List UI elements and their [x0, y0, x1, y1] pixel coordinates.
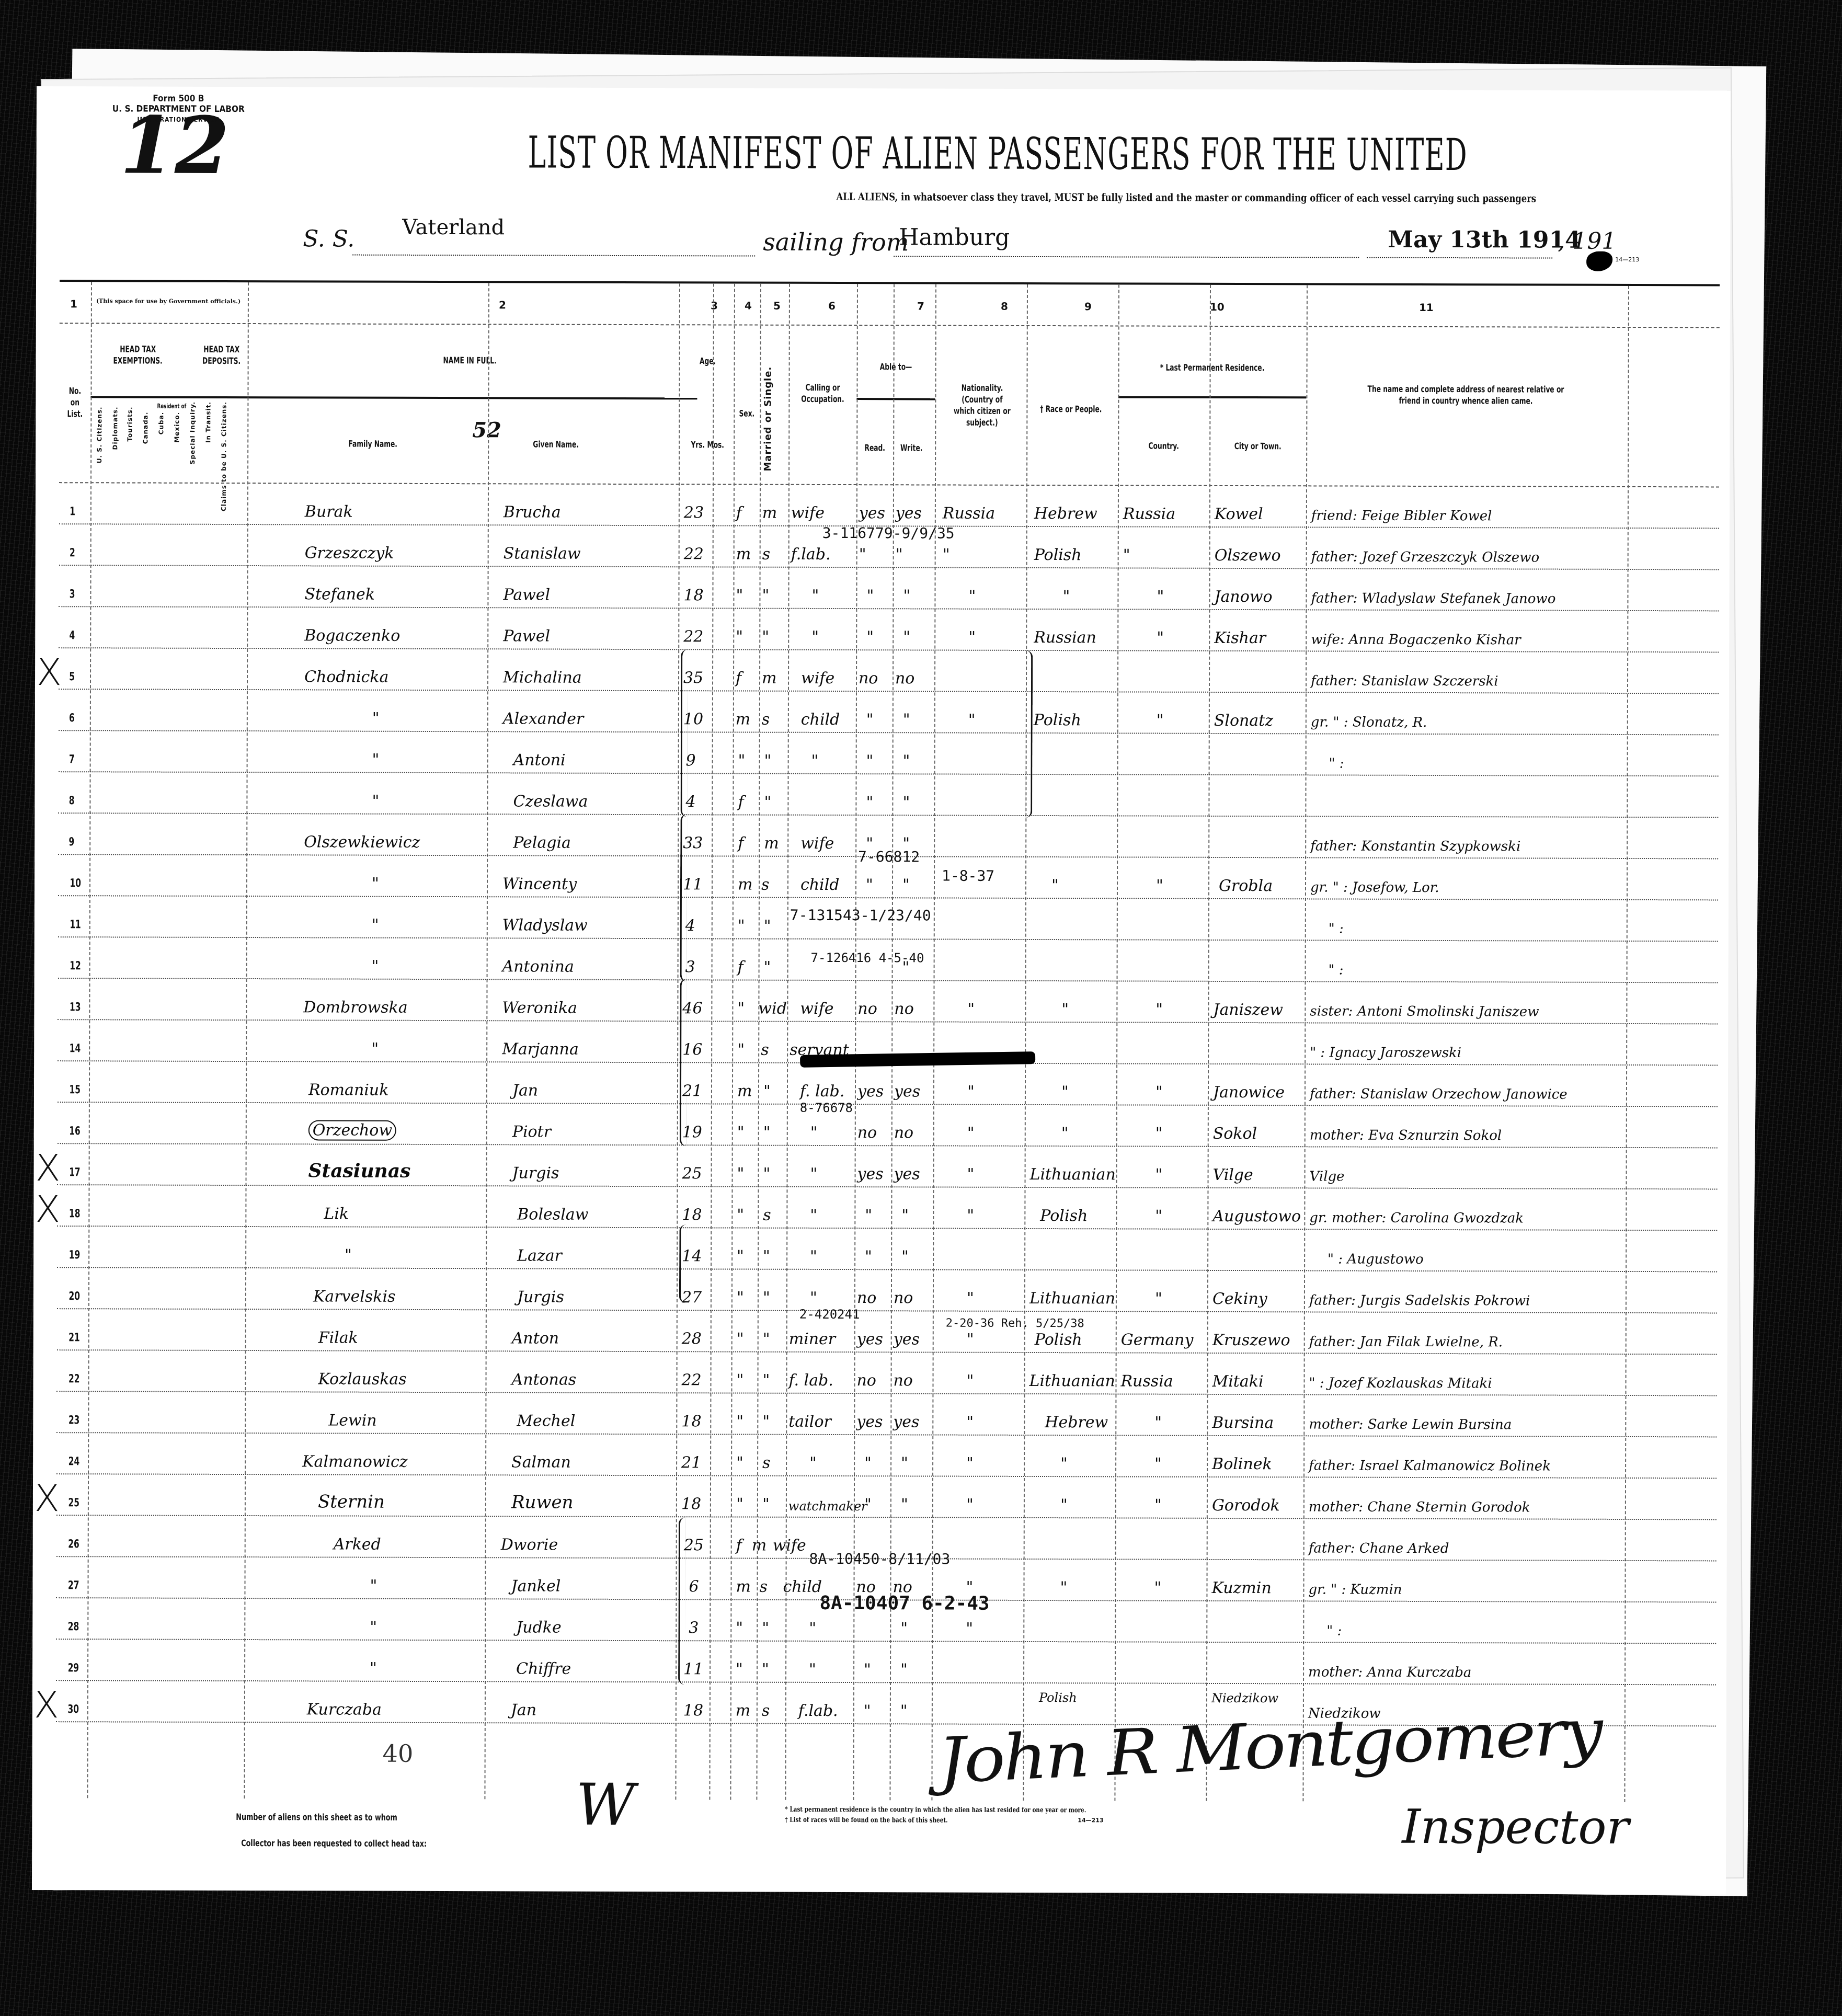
can-write: yes [893, 1413, 919, 1431]
header-name-in-full: NAME IN FULL. [385, 355, 555, 367]
column-number: 7 [917, 300, 924, 312]
header-divider [90, 396, 697, 399]
sex: " [737, 1165, 745, 1183]
can-read: yes [857, 1330, 883, 1348]
residence-country: " [1154, 1414, 1162, 1432]
family-name: " [372, 957, 379, 976]
can-read: no [856, 1371, 876, 1390]
voyage-line: S. S. Vaterland sailing from Hamburg May… [303, 215, 1683, 266]
race: Polish [1040, 1207, 1088, 1225]
nearest-relative: gr. " : Slonatz, R. [1311, 714, 1427, 730]
nearest-relative: sister: Antoni Smolinski Janiszew [1310, 1003, 1539, 1020]
header-us-citizens: U. S. Citizens. [96, 406, 103, 463]
residence-city: Kishar [1214, 629, 1266, 647]
family-name: Arked [334, 1535, 381, 1553]
nearest-relative: father: Jan Filak Lwielne, R. [1309, 1334, 1503, 1350]
sex: " [737, 1330, 744, 1348]
race: Polish [1034, 546, 1082, 564]
race: Polish [1034, 711, 1081, 729]
sex: " [736, 1495, 743, 1514]
can-read: no [859, 669, 878, 688]
residence-city: Janowo [1214, 588, 1272, 606]
given-name: Pawel [503, 586, 550, 604]
residence-country: " [1156, 877, 1163, 895]
can-read: " [864, 1660, 871, 1679]
nationality: " [966, 1578, 973, 1597]
nationality: " [967, 1083, 975, 1101]
can-read: yes [859, 504, 885, 522]
given-name: Ruwen [511, 1492, 574, 1513]
can-read: yes [857, 1082, 884, 1101]
family-name: Olszewkiewicz [304, 833, 420, 852]
given-name: Weronika [502, 999, 577, 1017]
marital-status: m [762, 669, 777, 688]
residence-country: " [1157, 588, 1164, 606]
passenger-row: 4 Bogaczenko Pawel 22 " " " " " " Russia… [59, 606, 1719, 652]
residence-country: " [1155, 1001, 1163, 1019]
can-read: yes [856, 1413, 883, 1431]
header-nearest-relative: The name and complete address of nearest… [1357, 384, 1575, 407]
column-number: 6 [828, 300, 836, 312]
occupation: " [811, 628, 819, 646]
given-name: Jurgis [512, 1164, 559, 1182]
residence-country: " [1154, 1496, 1162, 1515]
given-name: Mechel [517, 1412, 575, 1430]
can-write: yes [894, 1082, 920, 1101]
nearest-relative: mother: Eva Sznurzin Sokol [1310, 1127, 1502, 1143]
header-canada: Canada. [142, 412, 149, 444]
residence-city: Grobla [1219, 877, 1273, 895]
marital-status: " [764, 958, 771, 977]
row-number: 29 [68, 1662, 79, 1675]
row-number: 26 [68, 1538, 79, 1551]
family-name: " [371, 1040, 379, 1058]
family-name: Dombrowska [303, 998, 407, 1017]
rejection-x-mark: X [37, 651, 62, 694]
marital-status: s [763, 1206, 771, 1224]
race: " [1060, 1578, 1067, 1597]
marital-status: " [763, 1330, 770, 1348]
given-name: Judke [516, 1618, 562, 1636]
age: 22 [684, 545, 704, 563]
passenger-row: X 25 Sternin Ruwen 18 " " watchmaker " "… [56, 1473, 1717, 1520]
residence-country: " [1154, 1455, 1162, 1473]
occupation: watchmaker [788, 1499, 867, 1514]
nearest-relative: father: Stanislaw Szczerski [1311, 673, 1498, 689]
department-name: U. S. DEPARTMENT OF LABOR [112, 104, 245, 114]
annotation-note: 7-131543-1/23/40 [790, 907, 931, 924]
given-name: Wladyslaw [502, 916, 588, 934]
column-number-row: 1 (This space for use by Government offi… [60, 282, 1720, 328]
given-name: Jankel [511, 1577, 560, 1595]
marital-status: " [762, 1660, 769, 1679]
marital-status: " [762, 587, 769, 605]
family-name: " [345, 1246, 352, 1265]
marital-status: " [762, 628, 769, 646]
residence-city: Kowel [1215, 505, 1263, 523]
passenger-row: 16 Orzechow Piotr 19 " " " no no " " " S… [58, 1102, 1718, 1148]
sex: " [736, 628, 743, 646]
header-calling-occupation: Calling or Occupation. [800, 382, 845, 405]
row-number: 22 [68, 1372, 80, 1385]
given-name: Jan [512, 1081, 538, 1099]
race: " [1061, 1124, 1069, 1142]
age: 21 [681, 1453, 701, 1472]
residence-city: Olszewo [1215, 546, 1281, 565]
age: 23 [684, 503, 704, 522]
passenger-row: 8 " Czeslawa 4 f " " " [58, 771, 1718, 818]
occupation: wife [791, 504, 825, 522]
can-read: yes [857, 1165, 884, 1183]
nearest-relative: " : [1329, 962, 1344, 978]
family-name: Lewin [328, 1411, 376, 1429]
year-suffix: , 191 [1558, 228, 1616, 255]
can-write: " [901, 1454, 908, 1472]
header-country: Country. [1131, 440, 1197, 452]
age: 11 [683, 1660, 703, 1678]
footnote-residence: * Last permanent residence is the countr… [785, 1806, 1086, 1815]
sex: f [738, 793, 743, 811]
passenger-row: 23 Lewin Mechel 18 " " tailor yes yes " … [56, 1391, 1717, 1437]
passenger-row: 14 " Marjanna 16 " s servant " : Ignacy … [58, 1019, 1718, 1066]
can-write: yes [896, 504, 922, 522]
can-read: no [857, 1289, 876, 1307]
race: Lithuanian [1029, 1289, 1115, 1308]
family-group-brace [678, 1517, 685, 1685]
sex: " [736, 1619, 743, 1637]
age: 25 [684, 1536, 704, 1554]
given-name: Dworie [501, 1536, 558, 1554]
can-write: no [894, 1124, 913, 1142]
row-number: 10 [70, 877, 82, 890]
occupation: f.lab. [798, 1702, 838, 1720]
can-write: no [893, 1371, 912, 1390]
passenger-row: 11 " Wladyslaw 4 " " 7-131543-1/23/40 " … [58, 895, 1718, 942]
nearest-relative: friend: Feige Bibler Kowel [1311, 508, 1492, 524]
residence-country: " [1157, 629, 1164, 647]
occupation: " [810, 1165, 818, 1183]
marital-status: s [762, 711, 770, 729]
occupation: " [810, 1124, 818, 1142]
nearest-relative: " : Ignacy Jaroszewski [1310, 1045, 1461, 1061]
sex: m [738, 876, 753, 894]
age: 18 [683, 586, 703, 604]
residence-city: Slonatz [1214, 712, 1273, 730]
race: " [1061, 1000, 1069, 1018]
ship-dotted-line [352, 255, 755, 257]
aliens-count-label: Number of aliens on this sheet as to who… [236, 1812, 397, 1823]
nationality: " [966, 1372, 974, 1390]
row-number: 28 [68, 1620, 79, 1633]
can-read: " [864, 1495, 872, 1514]
occupation: " [811, 587, 819, 605]
family-name: Burak [305, 502, 353, 521]
header-no-on-list: No. on List. [64, 385, 86, 420]
residence-city: Janiszew [1213, 1001, 1283, 1019]
can-write: no [894, 1000, 913, 1018]
family-name: " [372, 875, 379, 893]
age: 3 [689, 1619, 699, 1637]
passenger-row: 26 Arked Dworie 25 f m wife 8A-10450-8/1… [56, 1515, 1717, 1561]
sex: f [736, 504, 742, 522]
given-name: Alexander [503, 709, 584, 728]
can-read: " [864, 1454, 872, 1472]
family-group-brace [679, 1224, 686, 1303]
row-number: 21 [68, 1331, 80, 1344]
can-read: no [857, 1000, 877, 1018]
passenger-row: X 5 Chodnicka Michalina 35 f m wife no n… [59, 647, 1719, 694]
marital-status: " [763, 1165, 771, 1183]
can-write: " [900, 1702, 908, 1720]
header-age: Age. [693, 356, 723, 367]
departure-port: Hamburg [899, 224, 1010, 251]
can-write: " [901, 1206, 909, 1224]
government-use-note: (This space for use by Government offici… [96, 297, 241, 305]
occupation: f.lab. [791, 545, 831, 564]
nearest-relative: gr. " : Kuzmin [1308, 1582, 1402, 1597]
row-number: 7 [69, 753, 75, 766]
marital-status: m [762, 504, 777, 522]
row-number: 1 [70, 505, 75, 518]
can-write: " [903, 587, 910, 605]
race: " [1060, 1496, 1068, 1514]
family-name: " [370, 1659, 377, 1678]
sex: f [736, 1537, 742, 1555]
sex: f [736, 669, 741, 688]
given-name: Michalina [503, 668, 582, 686]
row-number: 5 [69, 670, 75, 683]
column-number: 11 [1419, 301, 1434, 314]
can-write: " [900, 1660, 908, 1679]
can-read: " [866, 752, 874, 770]
sailing-from-label: sailing from [763, 228, 909, 257]
column-number: 2 [499, 299, 506, 311]
marital-status: " [763, 1247, 770, 1266]
sex: " [736, 1371, 743, 1390]
occupation: wife [801, 669, 834, 688]
nationality: " [967, 1000, 975, 1018]
page-subtitle: ALL ALIENS, in whatsoever class they tra… [836, 190, 1536, 205]
can-write: " [900, 1619, 908, 1637]
nearest-relative: " : Augustowo [1328, 1251, 1424, 1267]
race: Lithuanian [1029, 1372, 1115, 1390]
passenger-row: 19 " Lazar 14 " " " " " " : Augustowo [57, 1225, 1717, 1272]
header-head-tax-deposits: HEAD TAX DEPOSITS. [199, 344, 244, 367]
family-name: " [372, 792, 379, 810]
residence-country: " [1155, 1125, 1163, 1143]
given-name: Wincenty [502, 875, 577, 893]
family-name: Kozlauskas [318, 1370, 406, 1388]
family-group-brace [1025, 650, 1033, 818]
given-name: Antonas [511, 1370, 576, 1389]
column-number: 4 [745, 300, 752, 312]
can-read: " [865, 1247, 872, 1266]
header-race: † Race or People. [1039, 404, 1103, 415]
rejection-x-mark: X [34, 1683, 59, 1726]
age: 22 [681, 1371, 701, 1389]
occupation: " [810, 1247, 817, 1266]
nearest-relative: father: Chane Arked [1309, 1540, 1449, 1556]
column-number: 10 [1210, 301, 1225, 313]
header-given-name: Given Name. [518, 439, 593, 450]
occupation: " [809, 1660, 816, 1679]
occupation: f. lab. [800, 1082, 844, 1101]
marital-status: s [762, 1702, 770, 1720]
header-write: Write. [898, 442, 924, 454]
marital-status: s [759, 1578, 767, 1596]
header-special-inquiry: Special Inquiry. [189, 402, 196, 464]
row-number: 17 [69, 1166, 81, 1179]
sex: " [736, 1454, 743, 1472]
family-group-brace [680, 814, 688, 981]
nearest-relative: " : [1329, 755, 1344, 771]
sex: " [737, 1289, 744, 1307]
header-last-residence: * Last Permanent Residence. [1145, 362, 1280, 374]
sheet-count-mark: 40 [383, 1739, 414, 1768]
given-name: Lazar [517, 1246, 562, 1265]
family-name: Kurczaba [307, 1700, 382, 1719]
nearest-relative: " : Jozef Kozlauskas Mitaki [1309, 1375, 1492, 1391]
row-number: 3 [70, 588, 75, 601]
row-number: 2 [70, 546, 75, 559]
sex: m [736, 711, 751, 729]
race: Hebrew [1034, 505, 1097, 523]
nationality: " [968, 628, 976, 647]
passenger-row: 13 Dombrowska Weronika 46 " wid wife no … [58, 978, 1718, 1024]
can-write: " [902, 793, 910, 811]
can-write: " [903, 711, 910, 729]
can-write: yes [894, 1330, 920, 1348]
header-diplomats: Diplomats. [111, 406, 119, 450]
race: " [1061, 1083, 1069, 1101]
marital-status: " [763, 1082, 771, 1101]
ss-label: S. S. [303, 225, 354, 252]
header-divider [856, 398, 935, 400]
can-read: " [866, 793, 873, 811]
handwritten-list-number: 52 [472, 418, 501, 442]
tally-mark: W [576, 1771, 635, 1838]
family-name: " [372, 916, 379, 934]
occupation: " [810, 1289, 817, 1307]
family-name: Chodnicka [304, 668, 388, 686]
rejection-x-mark: X [35, 1188, 60, 1231]
residence-country: Germany [1121, 1331, 1194, 1349]
nationality: " [967, 1124, 975, 1142]
residence-country: " [1155, 1166, 1163, 1184]
age: 6 [689, 1577, 699, 1596]
collector-label: Collector has been requested to collect … [241, 1838, 427, 1849]
residence-city: Kruszewo [1212, 1331, 1290, 1349]
given-name: Brucha [504, 503, 561, 521]
can-write: " [901, 1247, 909, 1266]
passenger-row: 15 Romaniuk Jan 21 m " f. lab. yes yes 8… [58, 1060, 1718, 1107]
given-name: Pawel [503, 627, 550, 645]
passenger-row: 6 " Alexander 10 m s child " " " Polish … [59, 689, 1719, 735]
marital-status: m [764, 834, 779, 853]
nationality: " [943, 546, 950, 564]
occupation: child [800, 876, 840, 894]
nearest-relative: father: Konstantin Szypkowski [1310, 838, 1520, 854]
residence-city: Mitaki [1212, 1372, 1263, 1391]
sex: " [737, 1000, 745, 1018]
family-name: " [372, 709, 380, 728]
marital-status: " [764, 752, 772, 770]
sex: m [737, 1082, 752, 1101]
annotation-note: 7-126416 4-5-40 [811, 950, 924, 966]
given-name: Antoni [513, 751, 566, 769]
nearest-relative: father: Wladyslaw Stefanek Janowo [1311, 590, 1555, 606]
given-name: Jan [511, 1701, 536, 1719]
occupation: child [783, 1578, 822, 1596]
marital-status: " [762, 1619, 769, 1637]
residence-city: Janowice [1213, 1083, 1285, 1102]
race: Hebrew [1045, 1413, 1108, 1431]
family-name: Kalmanowicz [302, 1452, 408, 1471]
family-name: Lik [324, 1205, 349, 1223]
page-title: LIST OR MANIFEST OF ALIEN PASSENGERS FOR… [528, 127, 1468, 180]
nationality: " [966, 1620, 973, 1638]
residence-country: " [1155, 1083, 1163, 1102]
nearest-relative: father: Jozef Grzeszczyk Olszewo [1311, 549, 1540, 565]
header-resident-of: Resident of [151, 400, 192, 412]
can-write: no [894, 1289, 913, 1307]
given-name: Anton [512, 1329, 559, 1347]
family-name: Grzeszczyk [305, 544, 394, 562]
nearest-relative: gr. " : Josefow, Lor. [1310, 879, 1439, 896]
nationality: " [967, 1165, 975, 1184]
marital-status: s [761, 876, 769, 894]
sex: m [736, 545, 751, 564]
nearest-relative: father: Jurgis Sadelskis Pokrowi [1309, 1292, 1530, 1309]
given-name: Jurgis [517, 1288, 564, 1306]
header-yrs-mos: Yrs. Mos. [687, 439, 728, 451]
residence-country: " [1123, 546, 1130, 564]
nearest-relative: wife: Anna Bogaczenko Kishar [1311, 632, 1520, 648]
header-sex: Sex. [737, 408, 756, 420]
manifest-page: 12 Form 500 B U. S. DEPARTMENT OF LABOR … [32, 86, 1731, 1894]
sex: " [736, 587, 743, 605]
passenger-row: 27 " Jankel 6 m s child no no 8A-10407 6… [56, 1556, 1716, 1602]
age: 28 [682, 1330, 702, 1348]
marital-status: s [762, 1454, 770, 1472]
marital-status: " [762, 1371, 770, 1390]
occupation: " [809, 1454, 817, 1472]
occupation: child [801, 711, 840, 729]
nationality: Russia [943, 505, 995, 523]
family-name: Romaniuk [308, 1081, 388, 1099]
nearest-relative: mother: Chane Sternin Gorodok [1309, 1499, 1530, 1515]
can-write: " [901, 1495, 908, 1514]
occupation: wife [800, 834, 834, 853]
given-name: Stanislaw [504, 544, 581, 563]
print-code: 14—213 [1078, 1817, 1103, 1824]
row-number: 11 [70, 918, 81, 931]
can-read: no [857, 1124, 877, 1142]
date-dotted-line [1367, 257, 1552, 259]
marital-status: " [764, 793, 771, 811]
row-number: 19 [69, 1248, 81, 1262]
residence-country: Russia [1120, 1372, 1173, 1390]
race: " [1062, 587, 1070, 605]
residence-city: Augustowo [1212, 1207, 1301, 1225]
annotation-note: 1-8-37 [942, 867, 994, 885]
occupation: " [810, 1206, 817, 1224]
passenger-row: X 17 Stasiunas Jurgis 25 " " " yes yes "… [57, 1143, 1717, 1189]
residence-country: " [1157, 712, 1164, 730]
residence-country: Russia [1123, 505, 1175, 523]
residence-city: Gorodok [1212, 1496, 1280, 1515]
sex: " [737, 1124, 745, 1142]
